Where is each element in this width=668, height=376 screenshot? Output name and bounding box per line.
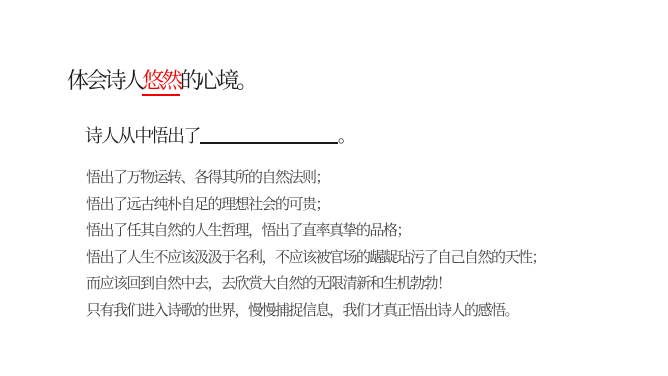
- slide-title: 体会诗人悠然的心境。: [67, 69, 255, 95]
- fill-in-question: 诗人从中悟出了。: [85, 126, 354, 148]
- body-line-6: 只有我们进入诗歌的世界，慢慢捕捉信息，我们才真正悟出诗人的感悟。: [86, 297, 545, 324]
- title-suffix: 的心境。: [180, 69, 255, 94]
- body-line-4: 悟出了人生不应该汲汲于名利，不应该被官场的龌龊玷污了自己自然的天性；: [86, 244, 545, 271]
- body-line-2: 悟出了远古纯朴自足的理想社会的可贵；: [86, 191, 545, 218]
- body-line-5: 而应该回到自然中去，去欣赏大自然的无限清新和生机勃勃！: [86, 270, 545, 297]
- body-line-1: 悟出了万物运转、各得其所的自然法则；: [86, 164, 545, 191]
- body-text: 悟出了万物运转、各得其所的自然法则； 悟出了远古纯朴自足的理想社会的可贵； 悟出…: [86, 164, 545, 323]
- body-line-3: 悟出了任其自然的人生哲理，悟出了直率真挚的品格；: [86, 217, 545, 244]
- question-prefix: 诗人从中悟出了: [85, 126, 200, 147]
- title-highlight: 悠然: [142, 69, 180, 96]
- slide-canvas: 体会诗人悠然的心境。 诗人从中悟出了。 悟出了万物运转、各得其所的自然法则； 悟…: [0, 0, 668, 376]
- blank-underline: [200, 142, 338, 144]
- title-prefix: 体会诗人: [67, 69, 142, 94]
- question-suffix: 。: [338, 126, 354, 147]
